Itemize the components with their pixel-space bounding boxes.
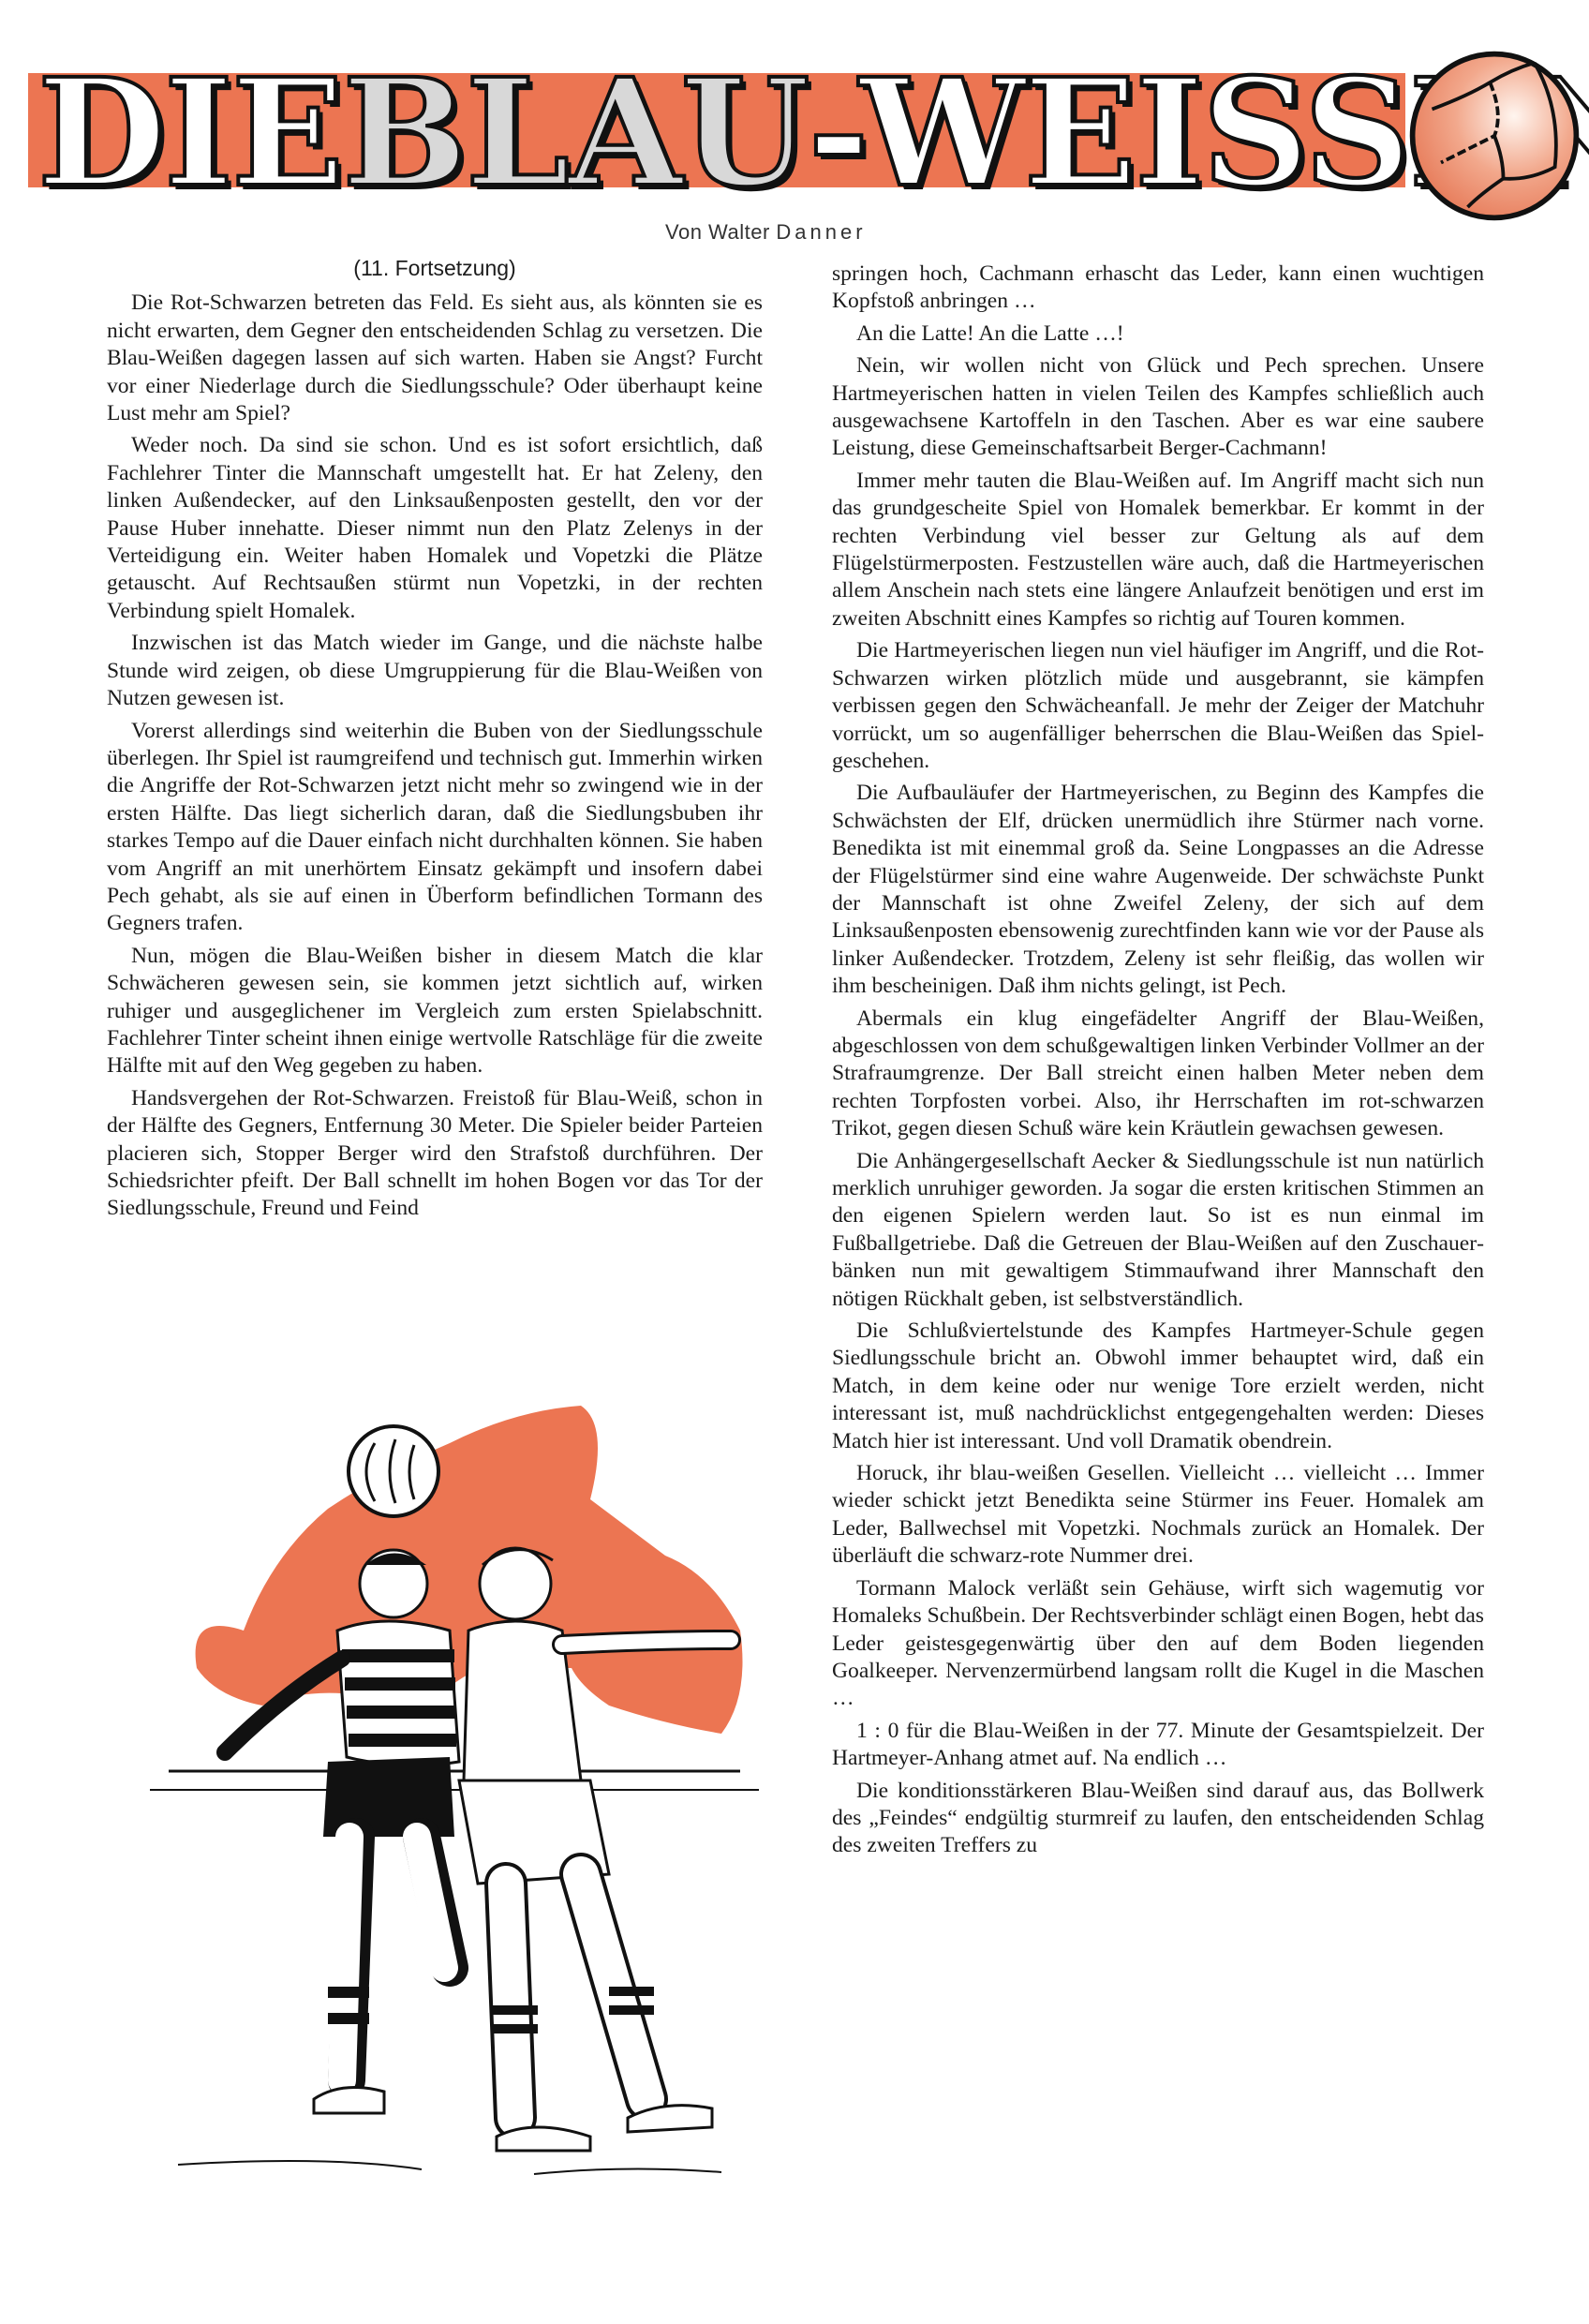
page-title: DIE BLAU-WEISSEN	[37, 54, 1405, 214]
byline-prefix: Von Walter	[665, 220, 776, 244]
paragraph: Nun, mögen die Blau-Weißen bisher in die…	[107, 943, 763, 1080]
paragraph: Immer mehr tauten die Blau-Weißen auf. I…	[832, 468, 1484, 633]
paragraph: Weder noch. Da sind sie schon. Und es is…	[107, 432, 763, 625]
paragraph: Inzwischen ist das Match wieder im Gange…	[107, 630, 763, 712]
paragraph: Horuck, ihr blau-weißen Gesellen. Vielle…	[832, 1460, 1484, 1571]
paragraph: Vorerst allerdings sind weiterhin die Bu…	[107, 718, 763, 938]
paragraph: Tormann Malock verläßt sein Gehäuse, wir…	[832, 1575, 1484, 1713]
paragraph: Die Hartmeyerischen liegen nun viel häuf…	[832, 637, 1484, 775]
football-icon	[1405, 47, 1583, 225]
paragraph: An die Latte! An die Latte …!	[832, 320, 1484, 348]
paragraph: Die Rot-Schwarzen betreten das Feld. Es …	[107, 290, 763, 427]
title-die: DIE	[37, 60, 342, 208]
article-left-column: (11. Fortsetzung) Die Rot-Schwarzen betr…	[107, 255, 763, 1228]
masthead: DIE BLAU-WEISSEN	[0, 0, 1589, 225]
paragraph: Die konditionsstärkeren Blau-Weißen sind…	[832, 1778, 1484, 1860]
paragraph: Handsvergehen der Rot-Schwarzen. Freisto…	[107, 1085, 763, 1223]
article-right-column: springen hoch, Cachmann erhascht das Led…	[832, 261, 1484, 1865]
paragraph: 1 : 0 für die Blau-Weißen in der 77. Min…	[832, 1718, 1484, 1773]
paragraph: Die Schlußviertelstunde des Kampfes Hart…	[832, 1318, 1484, 1455]
byline-author: Danner	[776, 220, 866, 244]
installment-subtitle: (11. Fortsetzung)	[107, 255, 763, 282]
paragraph: Abermals ein klug eingefädelter Angriff …	[832, 1006, 1484, 1143]
title-blau: BLAU	[342, 60, 808, 208]
paragraph: Nein, wir wollen nicht von Glück und Pec…	[832, 352, 1484, 463]
paragraph-continuation: springen hoch, Cachmann erhascht das Led…	[832, 261, 1484, 316]
paragraph: Die Aufbauläufer der Hartmeyerischen, zu…	[832, 780, 1484, 1000]
football-players-illustration	[141, 1387, 796, 2258]
paragraph: Die Anhängergesellschaft Aecker & Siedlu…	[832, 1148, 1484, 1313]
byline: Von Walter Danner	[665, 220, 867, 245]
